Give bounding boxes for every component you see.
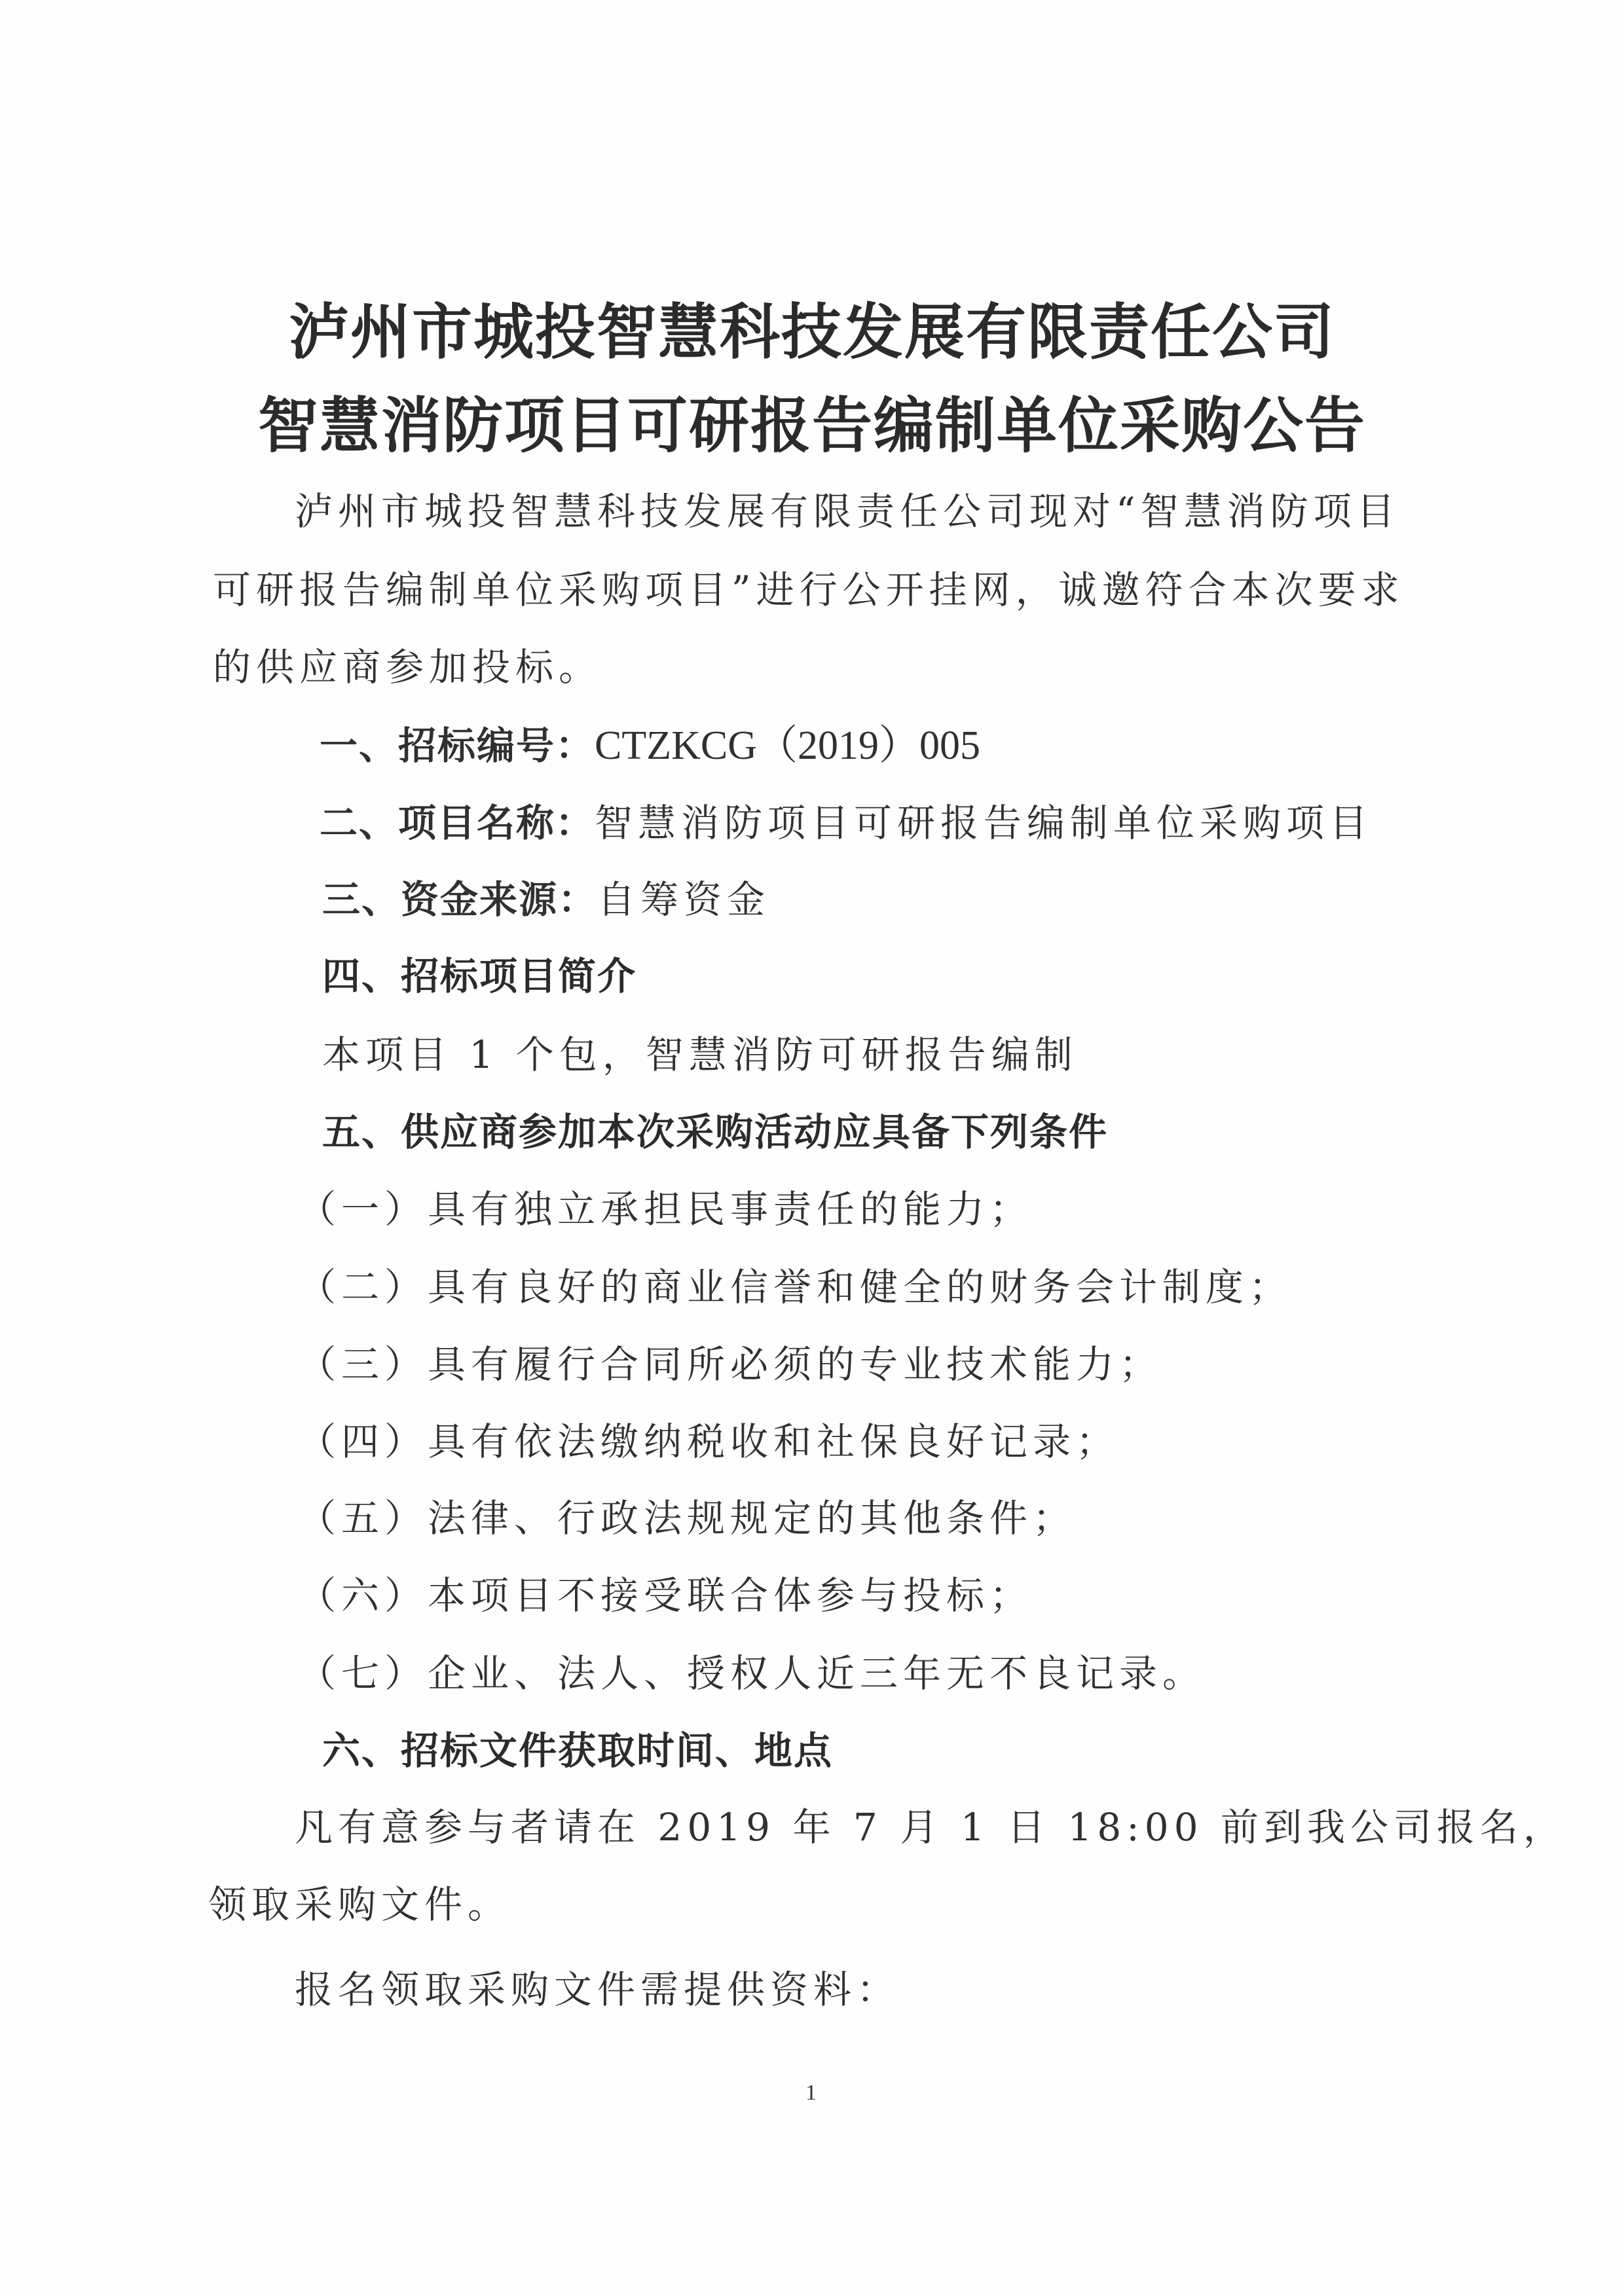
section-docs-acquisition-heading: 六、招标文件获取时间、地点 <box>322 1732 833 1770</box>
section-bid-number: 一、招标编号：CTZKCG（2019）005 <box>320 725 980 766</box>
title-company: 泸州市城投智慧科技发展有限责任公司 <box>0 302 1624 363</box>
funding-source-label: 三、资金来源： <box>322 877 597 922</box>
document-page: 泸州市城投智慧科技发展有限责任公司 智慧消防项目可研报告编制单位采购公告 泸州市… <box>0 0 1624 2296</box>
project-intro-body: 本项目 1 个包，智慧消防可研报告编制 <box>322 1036 1078 1074</box>
docs-acquisition-body-1: 凡有意参与者请在 2019 年 7 月 1 日 18:00 前到我公司报名， <box>295 1808 1566 1846</box>
bid-number-value: CTZKCG（2019）005 <box>595 723 980 768</box>
required-materials-line: 报名领取采购文件需提供资料： <box>295 1971 900 2009</box>
intro-line-2: 可研报告编制单位采购项目”进行公开挂网，诚邀符合本次要求 <box>213 571 1405 609</box>
funding-source-value: 自筹资金 <box>597 877 770 922</box>
condition-item: （四）具有依法缴纳税收和社保良好记录； <box>298 1423 1119 1461</box>
bid-number-label: 一、招标编号： <box>320 723 595 768</box>
page-number: 1 <box>805 2081 817 2105</box>
project-name-value: 智慧消防项目可研报告编制单位采购项目 <box>595 801 1373 845</box>
condition-item: （二）具有良好的商业信誉和健全的财务会计制度； <box>298 1268 1292 1306</box>
docs-acquisition-body-2: 领取采购文件。 <box>208 1886 511 1923</box>
condition-item: （六）本项目不接受联合体参与投标； <box>298 1576 1033 1614</box>
intro-line-3: 的供应商参加投标。 <box>213 648 602 686</box>
project-name-label: 二、项目名称： <box>320 801 595 845</box>
section-project-intro-heading: 四、招标项目简介 <box>322 957 637 995</box>
condition-item: （五）法律、行政法规规定的其他条件； <box>298 1499 1076 1537</box>
title-notice: 智慧消防项目可研报告编制单位采购公告 <box>0 396 1624 456</box>
intro-line-1: 泸州市城投智慧科技发展有限责任公司现对“智慧消防项目 <box>295 492 1400 530</box>
condition-item: （一）具有独立承担民事责任的能力； <box>298 1190 1033 1228</box>
section-conditions-heading: 五、供应商参加本次采购活动应具备下列条件 <box>322 1113 1108 1151</box>
section-funding-source: 三、资金来源：自筹资金 <box>322 881 770 919</box>
section-project-name: 二、项目名称：智慧消防项目可研报告编制单位采购项目 <box>320 804 1373 842</box>
condition-item: （七）企业、法人、授权人近三年无不良记录。 <box>298 1654 1206 1692</box>
condition-item: （三）具有履行合同所必须的专业技术能力； <box>298 1345 1162 1383</box>
